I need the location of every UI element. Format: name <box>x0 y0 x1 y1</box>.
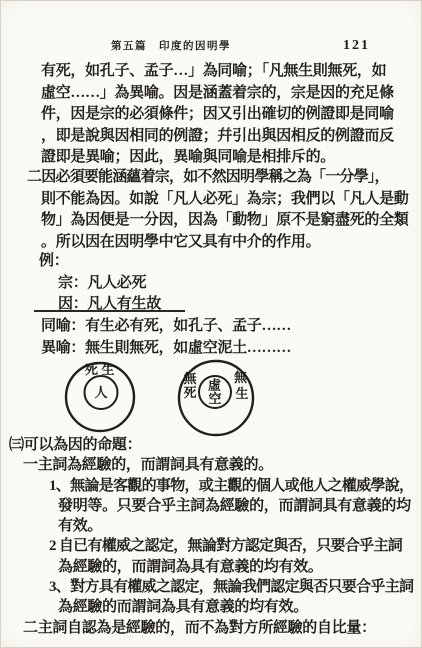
list-item: 發明等。只要合乎主詞為經驗的，而謂詞具有意義的均 <box>58 498 411 515</box>
text-line: 則不能為因。如說「凡人必死」為宗；我們以「凡人是動 <box>41 191 409 208</box>
text-line: 有死，如孔子、孟子…」為同喻；「凡無生則無死，如 <box>41 63 386 80</box>
text-line: 件，因是宗的必須條件；因又引出確切的例證即是同喻 <box>41 106 394 123</box>
right-left-label-top: 無 <box>183 371 197 386</box>
list-item: 3、對方具有權威之認定，無論我們認定與否只要合乎主詞 <box>49 579 413 596</box>
text-line: ，即是說與因相同的例證；幷引出與因相反的例證而反 <box>41 128 394 145</box>
point-two-line: 二因必須要能涵蘊着宗，如不然因明學稱之為「一分學」， <box>27 169 389 186</box>
list-item: 有效。 <box>58 518 102 535</box>
syllogism-thesis: 宗：凡人必死 <box>58 275 146 292</box>
positive-example-line: 同喻：有生必有死，如孔子、孟子…… <box>41 318 291 335</box>
right-left-label-bottom: 死 <box>183 385 196 400</box>
right-right-label-bottom: 生 <box>235 386 248 401</box>
left-outer-label-2: 生 <box>101 362 114 377</box>
list-item: 為經驗的而謂詞為具有意義的均有效。 <box>58 599 308 616</box>
sub-point-two: 二主詞自認為是經驗的，而不為對方所經驗的自比量： <box>23 620 376 637</box>
left-outer-label-1: 死 <box>85 362 98 377</box>
syllogism-divider <box>34 310 185 312</box>
point-three-heading: ㈢可以為因的命題： <box>9 437 141 454</box>
left-inner-label: 人 <box>94 385 107 400</box>
list-item: 2 自已有權威之認定，無論對方認定與否，只要合乎主詞 <box>49 538 402 555</box>
venn-diagram-right: 無 死 虛 空 無 生 <box>179 361 253 435</box>
right-inner-label-bottom: 空 <box>208 391 221 406</box>
right-right-label-top: 無 <box>234 370 248 385</box>
text-line: 虛空……」為異喻。因是涵蓋着宗的，宗是因的充足條 <box>41 85 394 102</box>
page-number: 121 <box>343 38 370 54</box>
running-title: 第五篇 印度的因明學 <box>1 38 341 53</box>
text-line: 。所以因在因明學中它又具有中介的作用。 <box>41 234 320 251</box>
example-label: 例： <box>39 253 68 270</box>
text-line: 物」為因便是一分因，因為「動物」原不是窮盡死的全類 <box>41 212 409 229</box>
list-item: 為經驗的，而謂詞為具有意義的均有效。 <box>58 559 323 576</box>
list-item: 1、無論是客觀的事物，或主觀的個人或他人之權威學說， <box>49 478 413 495</box>
book-page: 第五篇 印度的因明學 121 有死，如孔子、孟子…」為同喻；「凡無生則無死，如 … <box>0 0 422 648</box>
text-line: 證即是異喻；因此，異喻與同喻是相排斥的。 <box>41 149 335 166</box>
venn-diagram-left: 死 生 人 <box>66 362 134 431</box>
sub-point-one: 一主詞為經驗的，而謂詞具有意義的。 <box>23 457 273 474</box>
venn-diagram: 死 生 人 無 死 虛 空 無 生 <box>51 354 255 442</box>
